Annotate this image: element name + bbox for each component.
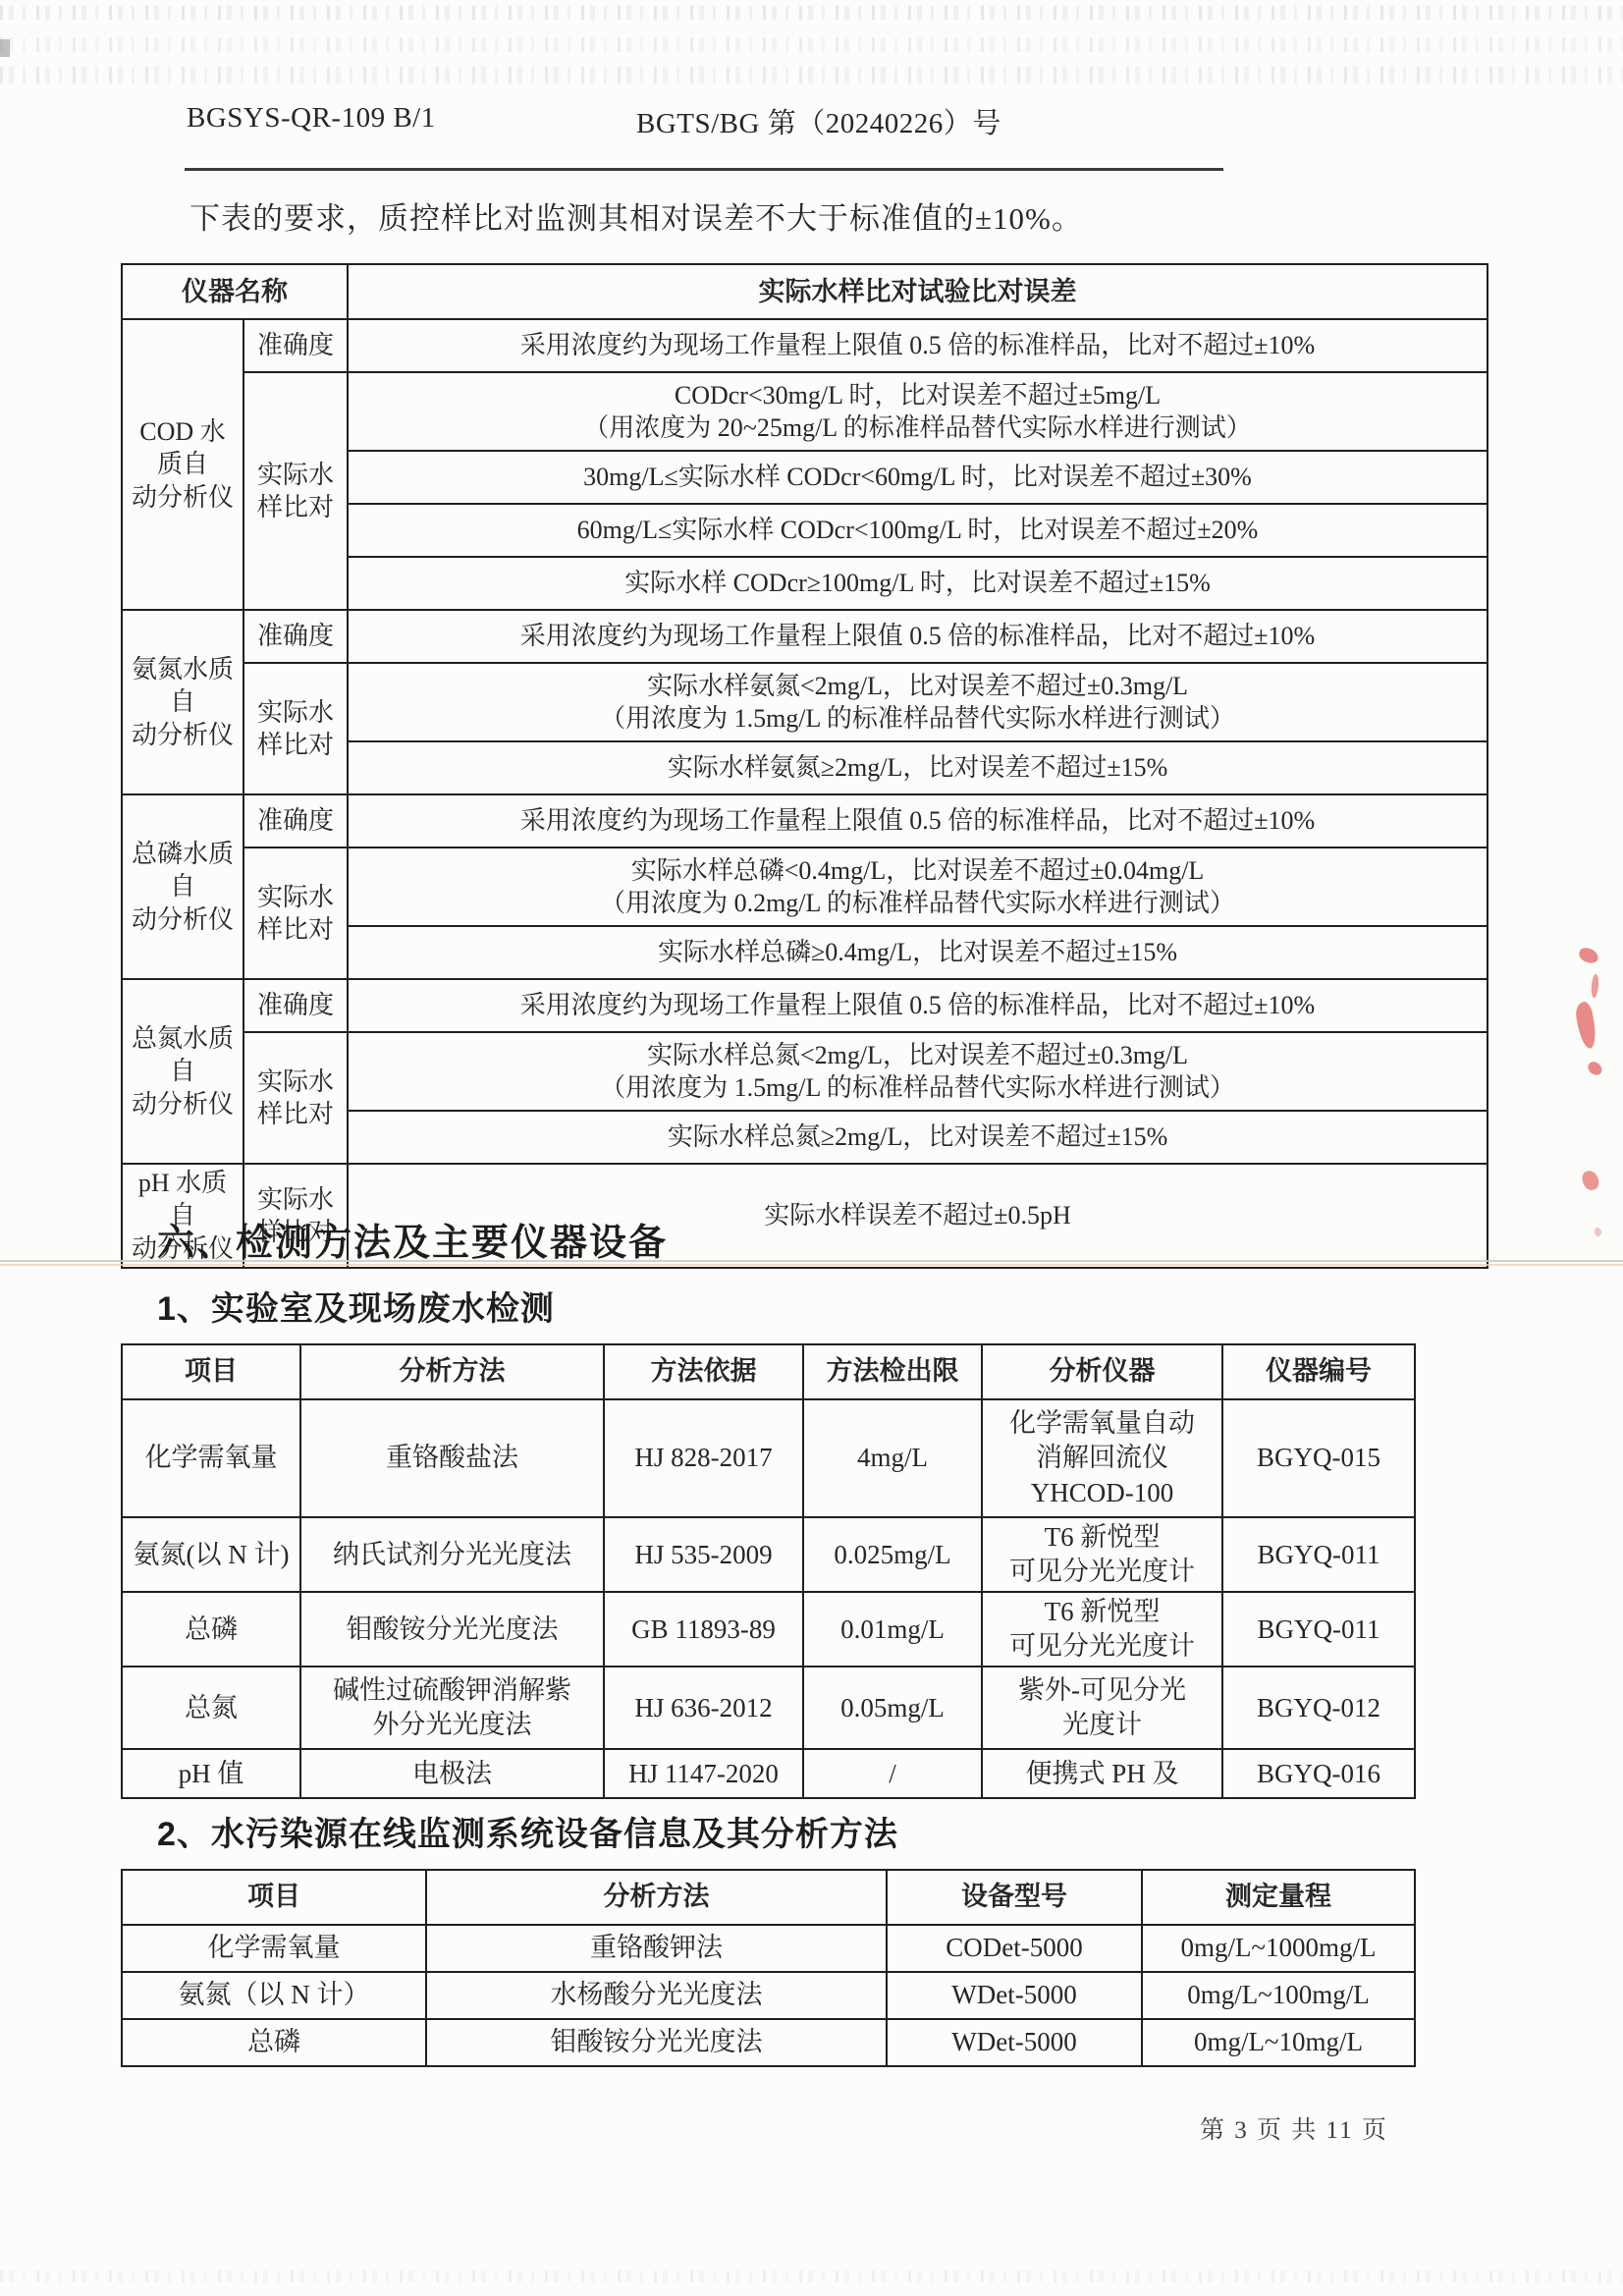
table-row: COD 水质自 动分析仪 准确度 采用浓度约为现场工作量程上限值 0.5 倍的标… [122, 319, 1488, 372]
cell-range: 0mg/L~100mg/L [1142, 1972, 1415, 2019]
cell-analyzer: 便携式 PH 及 [982, 1749, 1222, 1798]
column-header: 分析方法 [300, 1344, 604, 1399]
cell-standard: HJ 535-2009 [604, 1517, 803, 1592]
cell-method: 重铬酸钾法 [426, 1925, 887, 1972]
cell-instrument-id: BGYQ-015 [1222, 1399, 1415, 1517]
cell-check-type: 准确度 [243, 979, 348, 1032]
table-row: 实际水样比对 实际水样氨氮<2mg/L，比对误差不超过±0.3mg/L （用浓度… [122, 663, 1488, 741]
cell-requirement: 30mg/L≤实际水样 CODcr<60mg/L 时，比对误差不超过±30% [348, 451, 1488, 504]
column-header: 方法检出限 [803, 1344, 982, 1399]
column-header: 仪器编号 [1222, 1344, 1415, 1399]
cell-requirement: 实际水样氨氮≥2mg/L，比对误差不超过±15% [348, 741, 1488, 794]
cell-device-model: WDet-5000 [887, 2019, 1142, 2066]
cell-check-type: 准确度 [243, 610, 348, 663]
column-header: 仪器名称 [122, 264, 348, 319]
cell-check-type: 实际水样比对 [243, 663, 348, 794]
table-row: 实际水样比对 实际水样总氮<2mg/L，比对误差不超过±0.3mg/L （用浓度… [122, 1032, 1488, 1111]
table-header-row: 项目 分析方法 方法依据 方法检出限 分析仪器 仪器编号 [122, 1344, 1415, 1399]
table-row: 氨氮(以 N 计) 纳氏试剂分光光度法 HJ 535-2009 0.025mg/… [122, 1517, 1415, 1592]
cell-instrument-name: 总氮水质自 动分析仪 [122, 979, 243, 1164]
cell-requirement: 实际水样 CODcr≥100mg/L 时，比对误差不超过±15% [348, 557, 1488, 610]
table-row: 总氮 碱性过硫酸钾消解紫 外分光光度法 HJ 636-2012 0.05mg/L… [122, 1667, 1415, 1749]
table-row: 化学需氧量 重铬酸钾法 CODet-5000 0mg/L~1000mg/L [122, 1925, 1415, 1972]
cell-instrument-name: COD 水质自 动分析仪 [122, 319, 243, 610]
table-row: 总磷水质自 动分析仪 准确度 采用浓度约为现场工作量程上限值 0.5 倍的标准样… [122, 794, 1488, 847]
red-stamp-fragment [1591, 974, 1599, 999]
cell-requirement: CODcr<30mg/L 时，比对误差不超过±5mg/L （用浓度为 20~25… [348, 372, 1488, 451]
cell-requirement: 实际水样总磷<0.4mg/L，比对误差不超过±0.04mg/L （用浓度为 0.… [348, 847, 1488, 926]
table-row: pH 值 电极法 HJ 1147-2020 / 便携式 PH 及 BGYQ-01… [122, 1749, 1415, 1798]
red-stamp-fragment [1581, 1169, 1601, 1191]
cell-item: 化学需氧量 [122, 1399, 300, 1517]
cell-requirement: 实际水样总磷≥0.4mg/L，比对误差不超过±15% [348, 926, 1488, 979]
online-monitor-table: 项目 分析方法 设备型号 测定量程 化学需氧量 重铬酸钾法 CODet-5000… [121, 1869, 1416, 2067]
doc-report-number: BGTS/BG 第（20240226）号 [636, 101, 1001, 141]
scan-noise-band [0, 37, 1623, 52]
intro-paragraph: 下表的要求，质控样比对监测其相对误差不大于标准值的±10%。 [189, 193, 1270, 238]
cell-method: 重铬酸盐法 [300, 1399, 604, 1517]
cell-analyzer: 化学需氧量自动 消解回流仪 YHCOD-100 [982, 1399, 1222, 1517]
table-row: 总磷 钼酸铵分光光度法 GB 11893-89 0.01mg/L T6 新悦型 … [122, 1592, 1415, 1667]
cell-device-model: WDet-5000 [887, 1972, 1142, 2019]
cell-analyzer: T6 新悦型 可见分光光度计 [982, 1592, 1222, 1667]
scan-noise-band [0, 2270, 1623, 2282]
cell-requirement: 采用浓度约为现场工作量程上限值 0.5 倍的标准样品，比对不超过±10% [348, 319, 1488, 372]
column-header: 分析仪器 [982, 1344, 1222, 1399]
cell-requirement: 采用浓度约为现场工作量程上限值 0.5 倍的标准样品，比对不超过±10% [348, 610, 1488, 663]
scan-fold-line [0, 1264, 1623, 1266]
document-page: BGSYS-QR-109 B/1 BGTS/BG 第（20240226）号 下表… [0, 0, 1623, 2296]
page-number: 第 3 页 共 11 页 [1200, 2110, 1388, 2146]
red-stamp-fragment [1586, 1060, 1604, 1077]
cell-requirement: 实际水样总氮<2mg/L，比对误差不超过±0.3mg/L （用浓度为 1.5mg… [348, 1032, 1488, 1111]
table-row: 氨氮（以 N 计） 水杨酸分光光度法 WDet-5000 0mg/L~100mg… [122, 1972, 1415, 2019]
cell-detection-limit: 0.01mg/L [803, 1592, 982, 1667]
cell-check-type: 实际水样比对 [243, 372, 348, 610]
cell-analyzer: 紫外-可见分光 光度计 [982, 1667, 1222, 1749]
cell-check-type: 准确度 [243, 319, 348, 372]
cell-method: 水杨酸分光光度法 [426, 1972, 887, 2019]
cell-check-type: 实际水样比对 [243, 847, 348, 979]
table-header-row: 项目 分析方法 设备型号 测定量程 [122, 1870, 1415, 1925]
cell-requirement: 采用浓度约为现场工作量程上限值 0.5 倍的标准样品，比对不超过±10% [348, 979, 1488, 1032]
scan-noise-band [0, 6, 1623, 20]
cell-item: 总磷 [122, 1592, 300, 1667]
subsection-heading-online: 2、水污染源在线监测系统设备信息及其分析方法 [157, 1807, 898, 1855]
scan-smudge [0, 39, 10, 57]
cell-check-type: 实际水样比对 [243, 1032, 348, 1164]
cell-standard: HJ 828-2017 [604, 1399, 803, 1517]
table-row: 氨氮水质自 动分析仪 准确度 采用浓度约为现场工作量程上限值 0.5 倍的标准样… [122, 610, 1488, 663]
section-heading-methods: 六、检测方法及主要仪器设备 [157, 1212, 668, 1266]
cell-detection-limit: / [803, 1749, 982, 1798]
cell-detection-limit: 0.025mg/L [803, 1517, 982, 1592]
red-stamp-fragment [1574, 1001, 1598, 1050]
cell-detection-limit: 0.05mg/L [803, 1667, 982, 1749]
cell-method: 碱性过硫酸钾消解紫 外分光光度法 [300, 1667, 604, 1749]
table-row: 实际水样比对 CODcr<30mg/L 时，比对误差不超过±5mg/L （用浓度… [122, 372, 1488, 451]
cell-analyzer: T6 新悦型 可见分光光度计 [982, 1517, 1222, 1592]
cell-method: 钼酸铵分光光度法 [426, 2019, 887, 2066]
table-row: 总氮水质自 动分析仪 准确度 采用浓度约为现场工作量程上限值 0.5 倍的标准样… [122, 979, 1488, 1032]
red-stamp-fragment [1595, 1228, 1601, 1236]
header-rule [185, 168, 1223, 171]
cell-range: 0mg/L~1000mg/L [1142, 1925, 1415, 1972]
cell-standard: GB 11893-89 [604, 1592, 803, 1667]
table-row: 化学需氧量 重铬酸盐法 HJ 828-2017 4mg/L 化学需氧量自动 消解… [122, 1399, 1415, 1517]
cell-instrument-id: BGYQ-011 [1222, 1592, 1415, 1667]
cell-instrument-id: BGYQ-016 [1222, 1749, 1415, 1798]
column-header: 测定量程 [1142, 1870, 1415, 1925]
column-header: 分析方法 [426, 1870, 887, 1925]
table-row: 总磷 钼酸铵分光光度法 WDet-5000 0mg/L~10mg/L [122, 2019, 1415, 2066]
cell-instrument-name: 总磷水质自 动分析仪 [122, 794, 243, 979]
cell-item: 氨氮（以 N 计） [122, 1972, 426, 2019]
doc-form-code: BGSYS-QR-109 B/1 [187, 102, 436, 135]
scan-noise-band [0, 67, 1623, 83]
column-header: 实际水样比对试验比对误差 [348, 264, 1488, 319]
cell-method: 钼酸铵分光光度法 [300, 1592, 604, 1667]
table-row: 实际水样比对 实际水样总磷<0.4mg/L，比对误差不超过±0.04mg/L （… [122, 847, 1488, 926]
cell-standard: HJ 636-2012 [604, 1667, 803, 1749]
comparison-error-table: 仪器名称 实际水样比对试验比对误差 COD 水质自 动分析仪 准确度 采用浓度约… [121, 263, 1488, 1269]
column-header: 设备型号 [887, 1870, 1142, 1925]
cell-standard: HJ 1147-2020 [604, 1749, 803, 1798]
red-stamp-fragment [1577, 946, 1599, 964]
subsection-heading-lab: 1、实验室及现场废水检测 [157, 1282, 555, 1330]
table-header-row: 仪器名称 实际水样比对试验比对误差 [122, 264, 1488, 319]
cell-item: 氨氮(以 N 计) [122, 1517, 300, 1592]
cell-method: 电极法 [300, 1749, 604, 1798]
cell-detection-limit: 4mg/L [803, 1399, 982, 1517]
cell-device-model: CODet-5000 [887, 1925, 1142, 1972]
cell-item: 总磷 [122, 2019, 426, 2066]
column-header: 方法依据 [604, 1344, 803, 1399]
scan-fold-line [0, 1260, 1623, 1262]
column-header: 项目 [122, 1870, 426, 1925]
cell-requirement: 采用浓度约为现场工作量程上限值 0.5 倍的标准样品，比对不超过±10% [348, 794, 1488, 847]
cell-instrument-id: BGYQ-012 [1222, 1667, 1415, 1749]
column-header: 项目 [122, 1344, 300, 1399]
cell-requirement: 实际水样氨氮<2mg/L，比对误差不超过±0.3mg/L （用浓度为 1.5mg… [348, 663, 1488, 741]
cell-requirement: 实际水样总氮≥2mg/L，比对误差不超过±15% [348, 1111, 1488, 1164]
cell-item: 化学需氧量 [122, 1925, 426, 1972]
cell-check-type: 准确度 [243, 794, 348, 847]
cell-range: 0mg/L~10mg/L [1142, 2019, 1415, 2066]
cell-item: pH 值 [122, 1749, 300, 1798]
cell-method: 纳氏试剂分光光度法 [300, 1517, 604, 1592]
cell-instrument-name: 氨氮水质自 动分析仪 [122, 610, 243, 794]
cell-item: 总氮 [122, 1667, 300, 1749]
cell-requirement: 60mg/L≤实际水样 CODcr<100mg/L 时，比对误差不超过±20% [348, 504, 1488, 557]
lab-method-table: 项目 分析方法 方法依据 方法检出限 分析仪器 仪器编号 化学需氧量 重铬酸盐法… [121, 1343, 1416, 1799]
cell-instrument-id: BGYQ-011 [1222, 1517, 1415, 1592]
